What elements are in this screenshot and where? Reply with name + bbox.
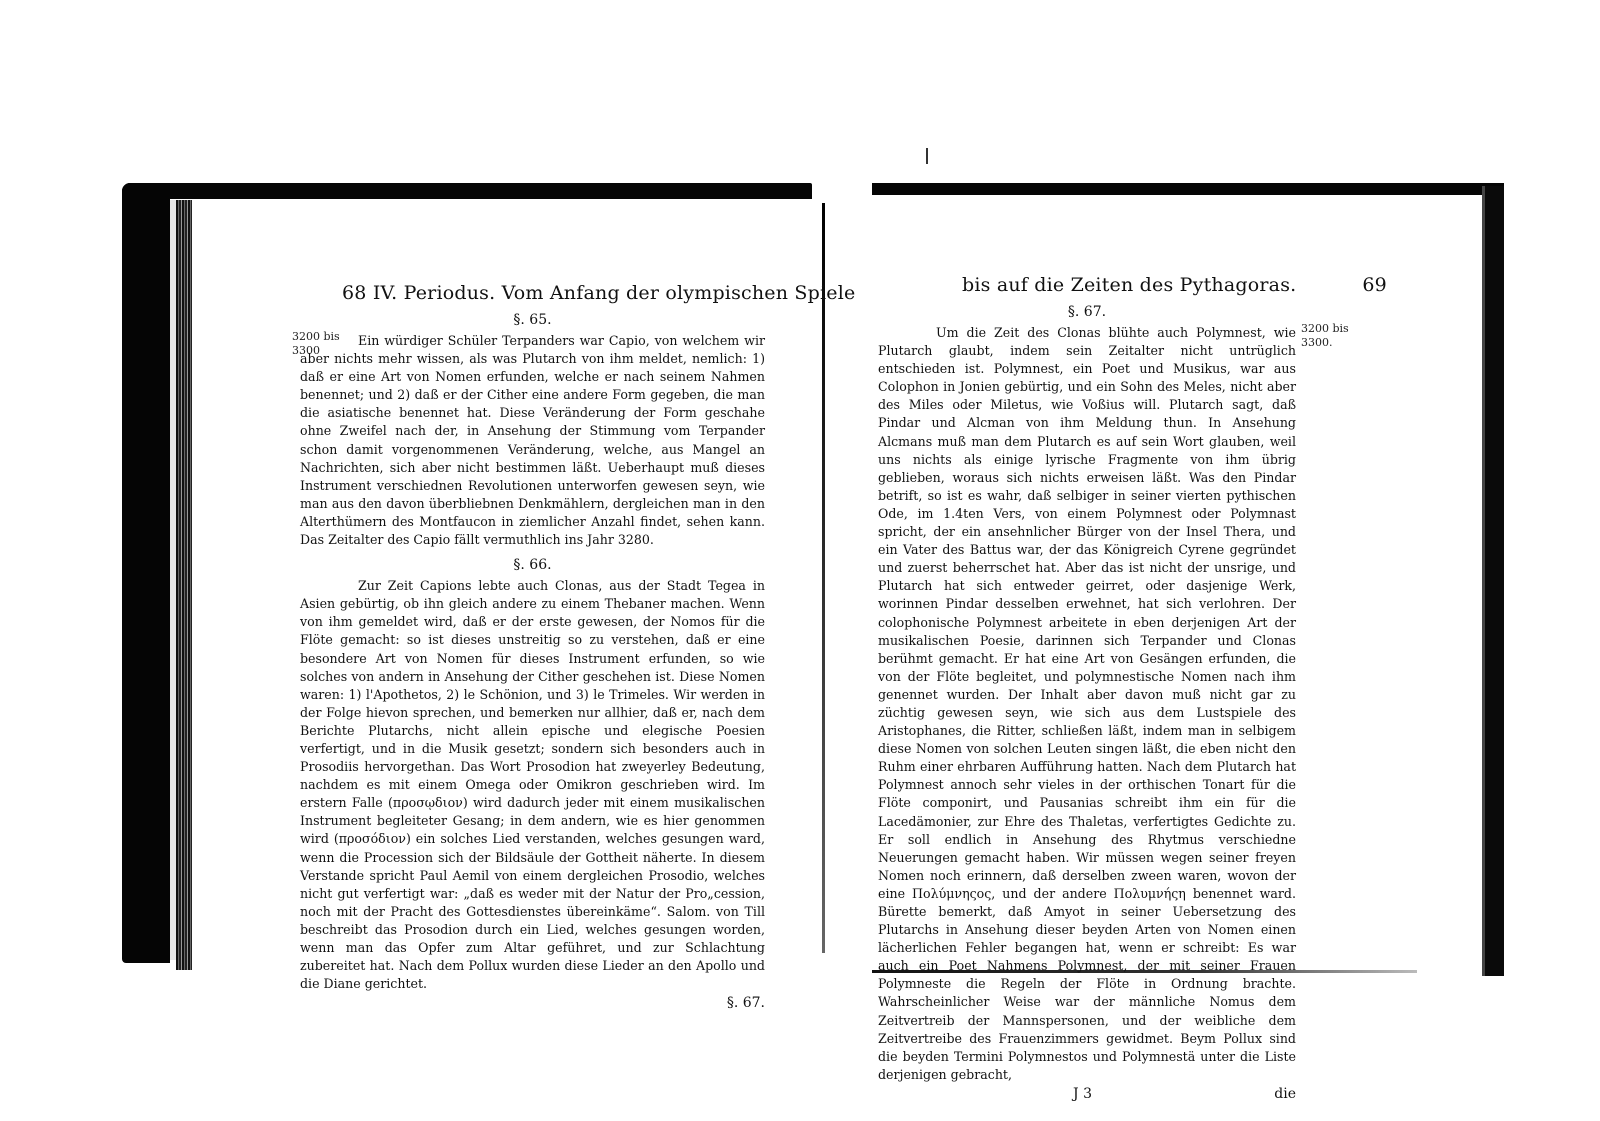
gutter-line <box>822 203 825 953</box>
section-mark: §. 66. <box>300 557 765 573</box>
running-head-title: bis auf die Zeiten des Pythagoras. <box>962 274 1296 296</box>
paragraph-text: Um die Zeit des Clonas blühte auch Polym… <box>878 325 1296 1082</box>
catchword: die <box>1274 1086 1296 1102</box>
book-spread: 68 IV. Periodus. Vom Anfang der olympisc… <box>0 0 1600 1121</box>
catchword: §. 67. <box>300 995 765 1011</box>
page-footer: J 3 die <box>878 1084 1296 1106</box>
right-page: bis auf die Zeiten des Pythagoras. 69 32… <box>878 274 1296 1106</box>
paragraph: Um die Zeit des Clonas blühte auch Polym… <box>878 324 1296 1084</box>
right-page-edge-side <box>1482 186 1504 976</box>
gutter-mark <box>926 148 928 164</box>
left-page: 68 IV. Periodus. Vom Anfang der olympisc… <box>300 282 765 1011</box>
page-number: 69 <box>1362 274 1387 296</box>
signature-mark: J 3 <box>1073 1086 1092 1102</box>
running-head: bis auf die Zeiten des Pythagoras. 69 <box>878 274 1296 296</box>
paragraph: Zur Zeit Capions lebte auch Clonas, aus … <box>300 577 765 993</box>
running-head: 68 IV. Periodus. Vom Anfang der olympisc… <box>300 282 765 304</box>
margin-note-years: 3200 bis 3300 <box>292 330 340 358</box>
paragraph: Ein würdiger Schüler Terpanders war Capi… <box>300 332 765 549</box>
left-page-stacked-leaves <box>176 200 192 970</box>
right-page-edge-top <box>872 183 1504 195</box>
left-page-edge-top <box>122 183 812 199</box>
section-mark: §. 65. <box>300 312 765 328</box>
section-mark: §. 67. <box>878 304 1296 320</box>
paragraph-text: Ein würdiger Schüler Terpanders war Capi… <box>300 333 765 547</box>
running-head-title: IV. Periodus. Vom Anfang der olympischen… <box>373 282 856 304</box>
left-page-binding <box>122 183 170 963</box>
page-number: 68 <box>342 282 367 304</box>
margin-note-years: 3200 bis 3300. <box>1301 322 1349 350</box>
paragraph-text: Zur Zeit Capions lebte auch Clonas, aus … <box>300 578 765 991</box>
